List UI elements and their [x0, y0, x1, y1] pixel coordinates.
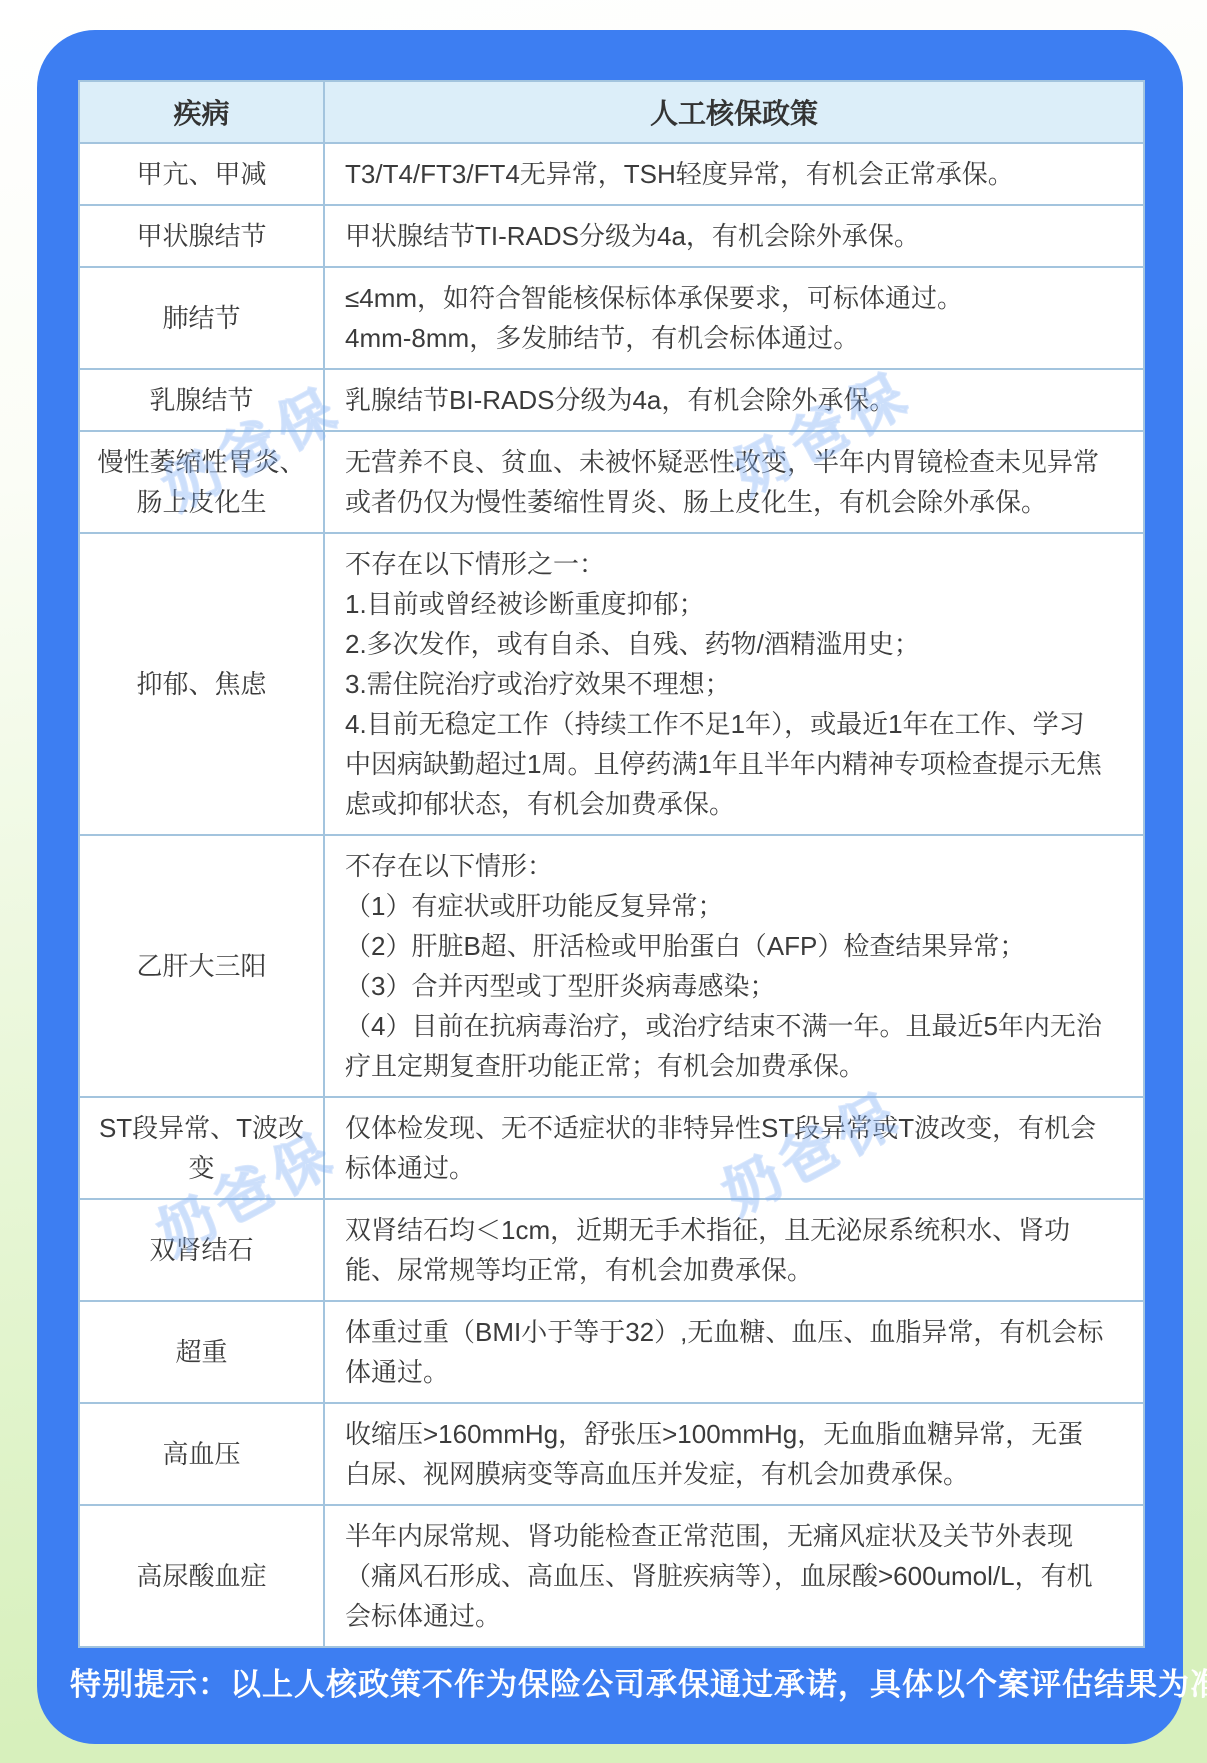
underwriting-policy-table: 疾病 人工核保政策 甲亢、甲减T3/T4/FT3/FT4无异常，TSH轻度异常，… — [78, 80, 1145, 1648]
policy-cell: 半年内尿常规、肾功能检查正常范围，无痛风症状及关节外表现 （痛风石形成、高血压、… — [324, 1505, 1144, 1647]
table-row: 双肾结石双肾结石均＜1cm，近期无手术指征，且无泌尿系统积水、肾功 能、尿常规等… — [79, 1199, 1144, 1301]
table-header-row: 疾病 人工核保政策 — [79, 81, 1144, 143]
disease-cell: 高尿酸血症 — [79, 1505, 324, 1647]
policy-cell: ≤4mm，如符合智能核保标体承保要求，可标体通过。 4mm-8mm，多发肺结节，… — [324, 267, 1144, 369]
disease-cell: 乳腺结节 — [79, 369, 324, 431]
footer-note: 特别提示：以上人核政策不作为保险公司承保通过承诺，具体以个案评估结果为准 — [70, 1659, 1207, 1704]
disease-cell: 抑郁、焦虑 — [79, 533, 324, 835]
disease-cell: 乙肝大三阳 — [79, 835, 324, 1097]
table-row: 慢性萎缩性胃炎、 肠上皮化生无营养不良、贫血、未被怀疑恶性改变，半年内胃镜检查未… — [79, 431, 1144, 533]
disease-cell: 高血压 — [79, 1403, 324, 1505]
table-row: 抑郁、焦虑不存在以下情形之一： 1.目前或曾经被诊断重度抑郁； 2.多次发作，或… — [79, 533, 1144, 835]
policy-card: 疾病 人工核保政策 甲亢、甲减T3/T4/FT3/FT4无异常，TSH轻度异常，… — [37, 30, 1183, 1744]
policy-cell: 不存在以下情形之一： 1.目前或曾经被诊断重度抑郁； 2.多次发作，或有自杀、自… — [324, 533, 1144, 835]
table-row: 肺结节≤4mm，如符合智能核保标体承保要求，可标体通过。 4mm-8mm，多发肺… — [79, 267, 1144, 369]
table-row: 超重体重过重（BMI小于等于32）,无血糖、血压、血脂异常，有机会标 体通过。 — [79, 1301, 1144, 1403]
disease-cell: 双肾结石 — [79, 1199, 324, 1301]
table-row: 高血压收缩压>160mmHg，舒张压>100mmHg，无血脂血糖异常，无蛋 白尿… — [79, 1403, 1144, 1505]
column-header-policy: 人工核保政策 — [324, 81, 1144, 143]
policy-cell: 无营养不良、贫血、未被怀疑恶性改变，半年内胃镜检查未见异常 或者仍仅为慢性萎缩性… — [324, 431, 1144, 533]
disease-cell: 甲亢、甲减 — [79, 143, 324, 205]
policy-cell: 收缩压>160mmHg，舒张压>100mmHg，无血脂血糖异常，无蛋 白尿、视网… — [324, 1403, 1144, 1505]
disease-cell: 肺结节 — [79, 267, 324, 369]
policy-cell: 乳腺结节BI-RADS分级为4a，有机会除外承保。 — [324, 369, 1144, 431]
table-row: 甲状腺结节甲状腺结节TI-RADS分级为4a，有机会除外承保。 — [79, 205, 1144, 267]
disease-cell: ST段异常、T波改 变 — [79, 1097, 324, 1199]
page-background: 疾病 人工核保政策 甲亢、甲减T3/T4/FT3/FT4无异常，TSH轻度异常，… — [0, 0, 1207, 1763]
disease-cell: 甲状腺结节 — [79, 205, 324, 267]
policy-cell: 甲状腺结节TI-RADS分级为4a，有机会除外承保。 — [324, 205, 1144, 267]
policy-cell: 不存在以下情形： （1）有症状或肝功能反复异常； （2）肝脏B超、肝活检或甲胎蛋… — [324, 835, 1144, 1097]
policy-cell: 体重过重（BMI小于等于32）,无血糖、血压、血脂异常，有机会标 体通过。 — [324, 1301, 1144, 1403]
table-row: 乳腺结节乳腺结节BI-RADS分级为4a，有机会除外承保。 — [79, 369, 1144, 431]
disease-cell: 慢性萎缩性胃炎、 肠上皮化生 — [79, 431, 324, 533]
table-row: ST段异常、T波改 变仅体检发现、无不适症状的非特异性ST段异常或T波改变，有机… — [79, 1097, 1144, 1199]
policy-cell: 仅体检发现、无不适症状的非特异性ST段异常或T波改变，有机会 标体通过。 — [324, 1097, 1144, 1199]
table-row: 甲亢、甲减T3/T4/FT3/FT4无异常，TSH轻度异常，有机会正常承保。 — [79, 143, 1144, 205]
column-header-disease: 疾病 — [79, 81, 324, 143]
disease-cell: 超重 — [79, 1301, 324, 1403]
policy-cell: T3/T4/FT3/FT4无异常，TSH轻度异常，有机会正常承保。 — [324, 143, 1144, 205]
policy-cell: 双肾结石均＜1cm，近期无手术指征，且无泌尿系统积水、肾功 能、尿常规等均正常，… — [324, 1199, 1144, 1301]
table-row: 高尿酸血症半年内尿常规、肾功能检查正常范围，无痛风症状及关节外表现 （痛风石形成… — [79, 1505, 1144, 1647]
table-row: 乙肝大三阳不存在以下情形： （1）有症状或肝功能反复异常； （2）肝脏B超、肝活… — [79, 835, 1144, 1097]
